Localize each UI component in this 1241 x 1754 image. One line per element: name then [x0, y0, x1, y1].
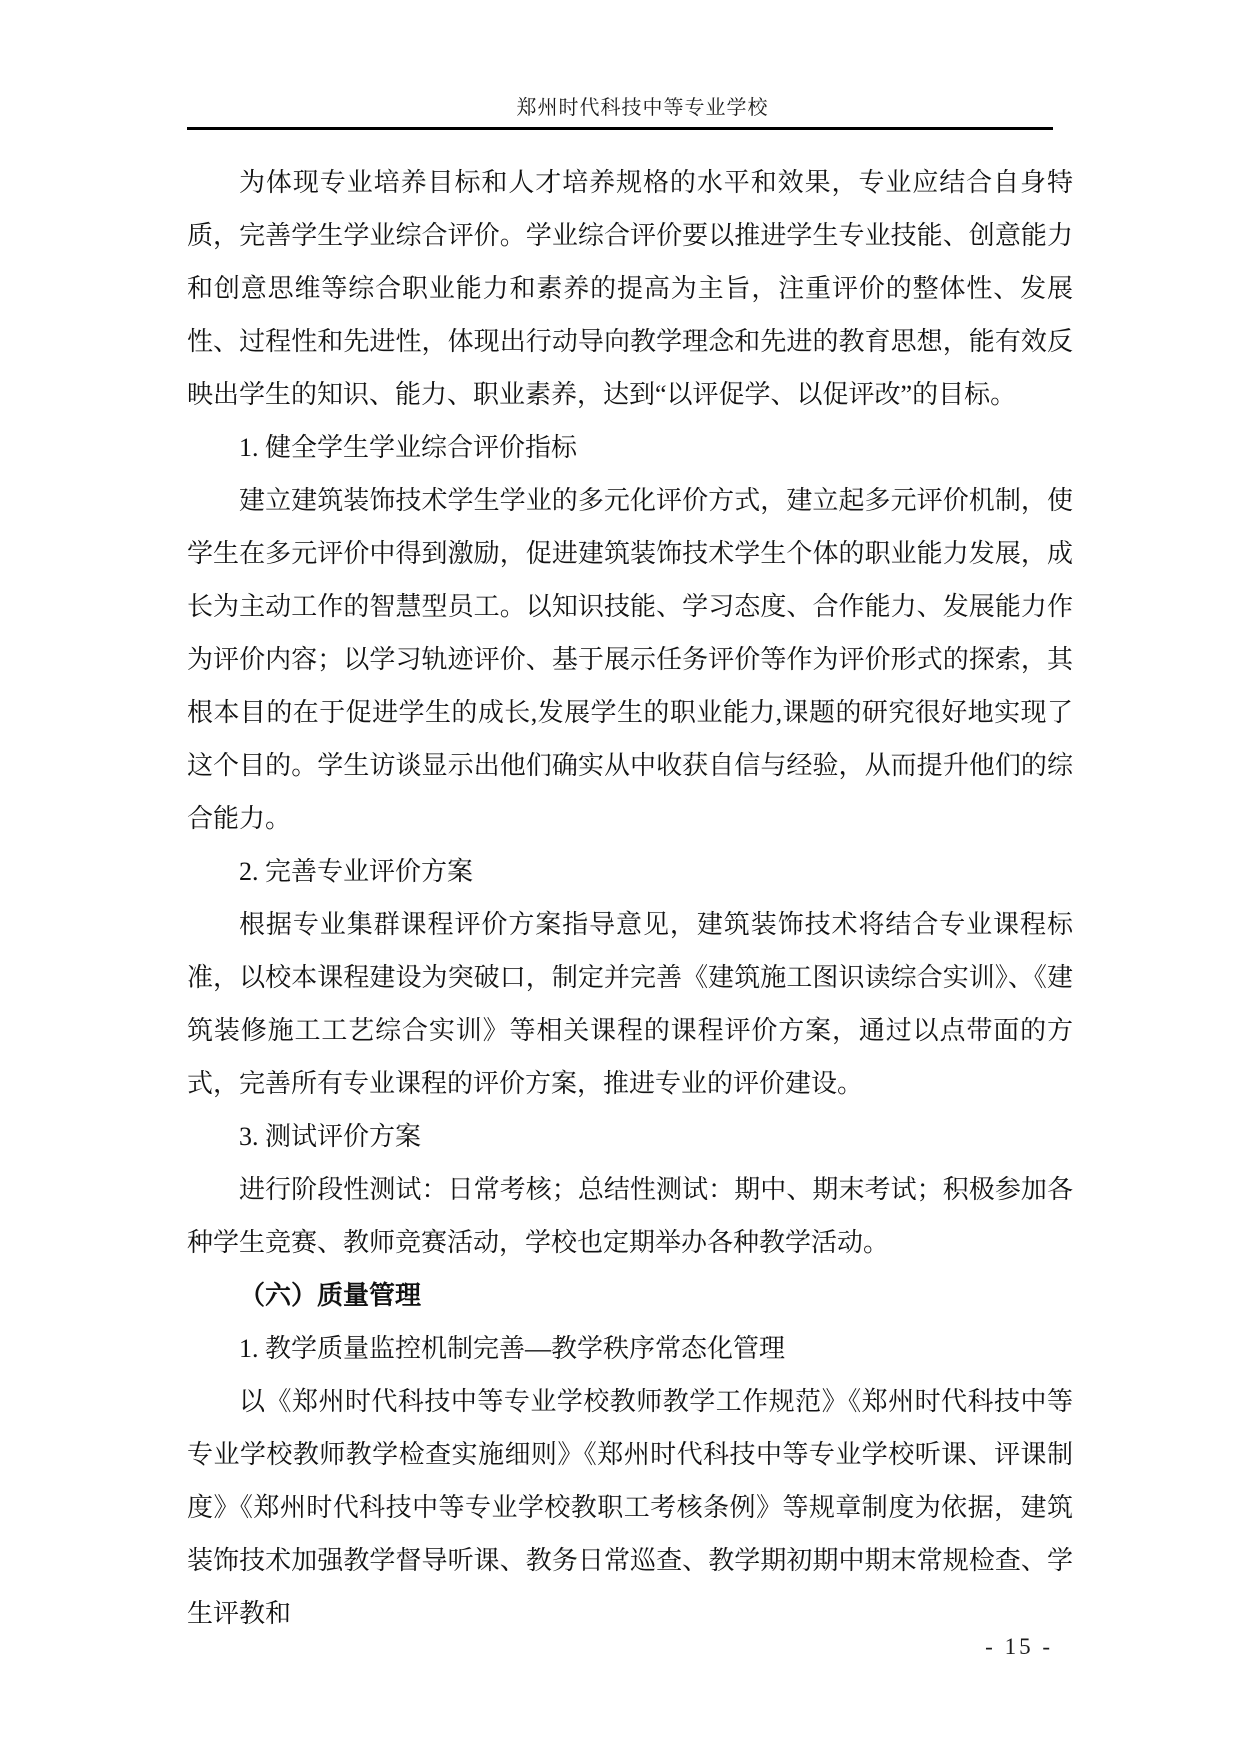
paragraph: 进行阶段性测试：日常考核；总结性测试：期中、期末考试；积极参加各种学生竞赛、教师…	[187, 1163, 1073, 1269]
document-body: 为体现专业培养目标和人才培养规格的水平和效果，专业应结合自身特质，完善学生学业综…	[187, 156, 1073, 1640]
subsection-heading: 2. 完善专业评价方案	[187, 845, 1073, 898]
paragraph: 建立建筑装饰技术学生学业的多元化评价方式，建立起多元评价机制，使学生在多元评价中…	[187, 474, 1073, 845]
header-rule	[187, 127, 1053, 130]
page-footer: - 15 -	[0, 1634, 1053, 1660]
subsection-heading: 1. 教学质量监控机制完善—教学秩序常态化管理	[187, 1322, 1073, 1375]
document-page: 郑州时代科技中等专业学校 为体现专业培养目标和人才培养规格的水平和效果，专业应结…	[0, 0, 1241, 1754]
header-school-name: 郑州时代科技中等专业学校	[22, 96, 1241, 120]
page-header: 郑州时代科技中等专业学校	[0, 0, 1241, 135]
paragraph: 以《郑州时代科技中等专业学校教师教学工作规范》《郑州时代科技中等专业学校教师教学…	[187, 1375, 1073, 1640]
page-number: - 15 -	[985, 1634, 1053, 1659]
paragraph: 根据专业集群课程评价方案指导意见，建筑装饰技术将结合专业课程标准，以校本课程建设…	[187, 898, 1073, 1110]
paragraph: 为体现专业培养目标和人才培养规格的水平和效果，专业应结合自身特质，完善学生学业综…	[187, 156, 1073, 421]
subsection-heading: 1. 健全学生学业综合评价指标	[187, 421, 1073, 474]
section-heading: （六）质量管理	[187, 1269, 1073, 1322]
subsection-heading: 3. 测试评价方案	[187, 1110, 1073, 1163]
